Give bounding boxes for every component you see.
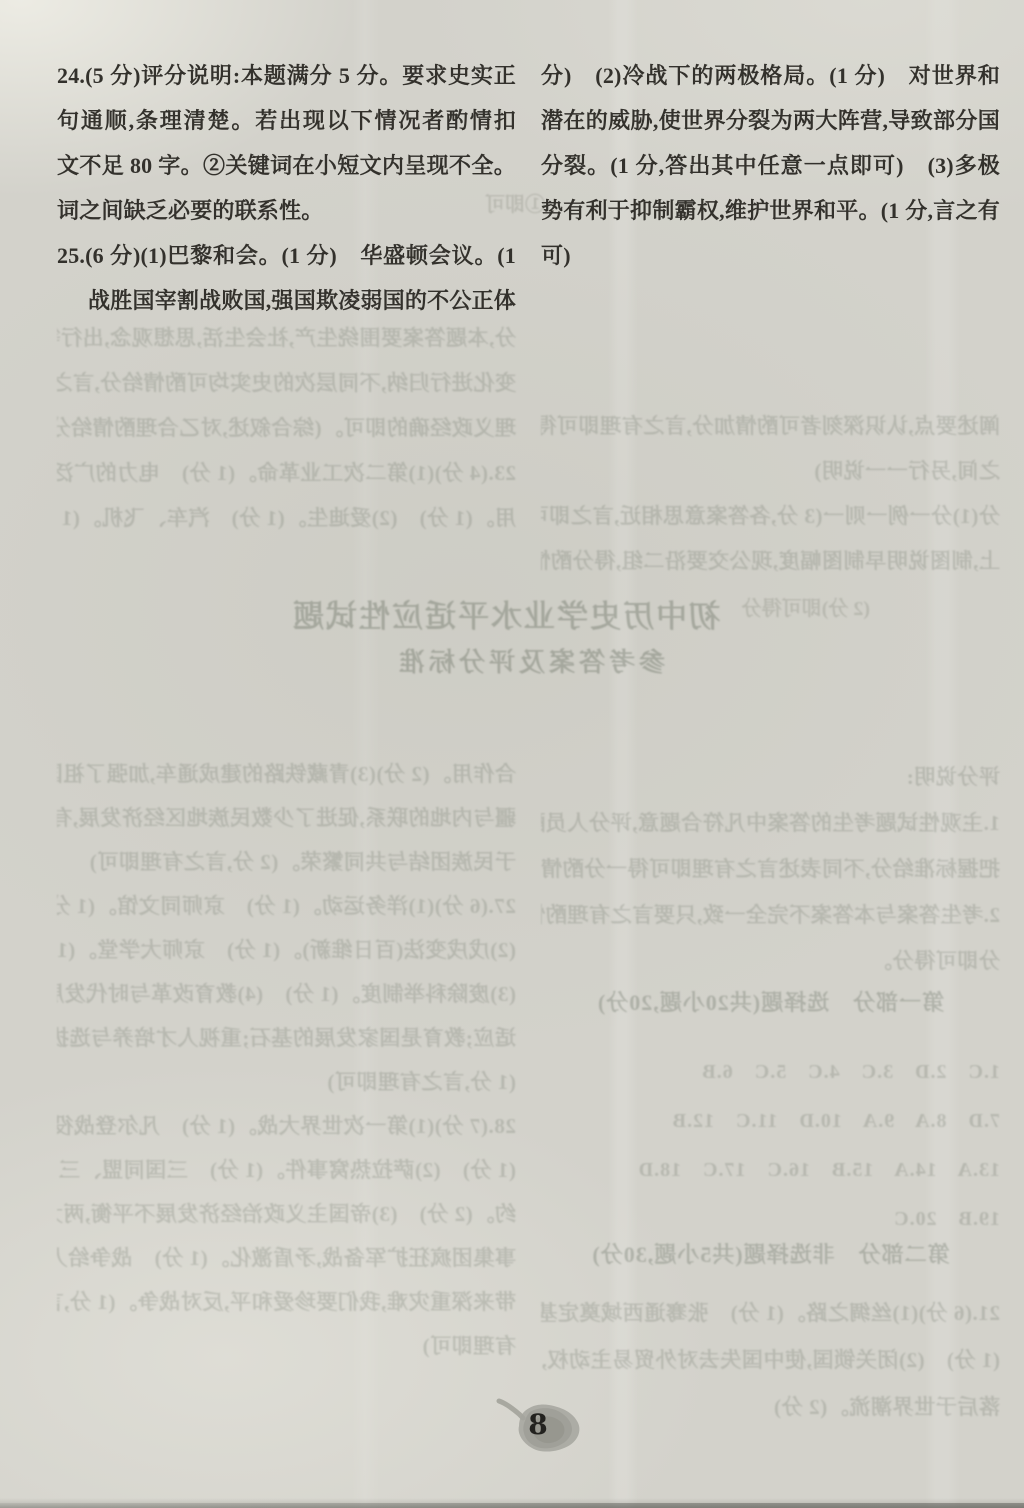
ghost-fragment: (2 分)即可得分 <box>700 592 870 621</box>
ghost-text-line: 19.B 20.C <box>541 1195 1000 1244</box>
page-number-badge: 8 <box>492 1396 588 1456</box>
ghost-title-line1: 初中历史学业水平适应性试题 <box>340 592 720 642</box>
ghost-section-heading-1: 第一部分 选择题(共20小题,20分) <box>541 988 1000 1018</box>
ghost-text-line: 28.(7 分)(1)第一次世界大战。(1 分) 凡尔登战役。 <box>57 1104 516 1148</box>
ghost-text-line: (3)废除科举制度。(1 分) (4)教育改革与时代发展相 <box>57 972 516 1016</box>
ghost-text-line: 变化进行归纳,不同层次的史实均可酌情给分,言之有 <box>57 361 516 406</box>
ghost-text-line: 之间,另行一一说明) <box>541 449 1000 494</box>
page-number: 8 <box>520 1403 556 1447</box>
ghost-text-line: 评分说明: <box>541 754 1000 800</box>
ghost-right-upper-block: 阐述要点,认识深刻者可酌情加分,言之有理即可得分。之间,另行一一说明)分(1)分… <box>541 404 1000 584</box>
ghost-page-title: 初中历史学业水平适应性试题 参考答案及评分标准 <box>340 592 720 684</box>
ghost-text-line: (1 分,言之有理即可) <box>57 1060 516 1104</box>
ghost-text-line: 约。(2 分) (3)帝国主义政治经济发展不平衡,两大军 <box>57 1192 516 1236</box>
ghost-text-line: 1.主观性试题考生的答案中凡符合题意,评分人员酌情 <box>541 800 1000 846</box>
answers-right-column: 分) (2)冷战下的两极格局。(1 分) 对世界和平是潜在的威胁,使世界分裂为两… <box>541 53 1000 278</box>
ghost-text-line: 分(1)分一例一则一(3 分,各答案意思相近,言之即可) <box>541 494 1000 539</box>
ghost-text-line: 1.C 2.D 3.C 4.C 5.C 6.B <box>541 1048 1000 1097</box>
ghost-text-line: 把握标准给分,不同表述言之有理即可得一分酌情判分。 <box>541 846 1000 892</box>
ghost-text-line: (1 分) (2)萨拉热窝事件。(1 分) 三国同盟、三国协 <box>57 1148 516 1192</box>
ghost-text-line: 用。(1 分) (2)爱迪生。(1 分) 汽车、飞机。(1 分) <box>57 496 516 541</box>
ghost-text-line: 于民族团结与共同繁荣。(2 分,言之有理即可) <box>57 840 516 884</box>
scan-bottom-shadow <box>0 1498 1024 1508</box>
ghost-text-line: (2)戊戌变法(百日维新)。(1 分) 京师大学堂。(1 分) <box>57 928 516 972</box>
ghost-text-line: 13.A 14.A 15.B 16.C 17.C 18.D <box>541 1146 1000 1195</box>
ghost-text-line: 适应;教育是国家发展的基石;重视人才培养与选拔。 <box>57 1016 516 1060</box>
ghost-text-line: 21.(6 分)(1)丝绸之路。(1 分) 张骞通西域奠定基础。 <box>541 1290 1000 1337</box>
ghost-text-line: 23.(4 分)(1)第二次工业革命。(1 分) 电力的广泛应 <box>57 451 516 496</box>
ghost-text-line: 2.考生答案与本答案不完全一致,只要言之有理酌情给 <box>541 892 1000 938</box>
answer-text-line: 分裂。(1 分,答出其中任意一点即可) (3)多极化趋 <box>541 143 1000 188</box>
ghost-text-line: 落后于世界潮流。(2 分) <box>541 1384 1000 1431</box>
answer-text-line: 潜在的威胁,使世界分裂为两大阵营,导致部分国家民族 <box>541 98 1000 143</box>
ghost-text-line: 疆与内地的联系,促进了少数民族地区经济发展,有利 <box>57 796 516 840</box>
ghost-text-line: 7.D 8.A 9.A 10.D 11.C 12.B <box>541 1097 1000 1146</box>
ghost-text-line: 分,本题答案要围绕生产,社会生活,思想观念,出行等 <box>57 316 516 361</box>
ghost-title-line2: 参考答案及评分标准 <box>340 642 720 684</box>
ghost-text-line: 理义政经确的即可。(综合叙述,对乙合理酌情给分) <box>57 406 516 451</box>
ghost-left-upper-block: 分,本题答案要围绕生产,社会生活,思想观念,出行等变化进行归纳,不同层次的史实均… <box>57 316 516 541</box>
ghost-choice-answer-rows: 1.C 2.D 3.C 4.C 5.C 6.B7.D 8.A 9.A 10.D … <box>541 1048 1000 1244</box>
ghost-section-heading-2: 第二部分 非选择题(共5小题,30分) <box>541 1240 1000 1270</box>
ghost-right-lower-block: 21.(6 分)(1)丝绸之路。(1 分) 张骞通西域奠定基础。(1 分) (2… <box>541 1290 1000 1431</box>
answer-text-line: 25.(6 分)(1)巴黎和会。(1 分) 华盛顿会议。(1 分) <box>57 233 516 278</box>
ghost-text-line: 分即可得分。 <box>541 938 1000 984</box>
answer-text-line: 势有利于抑制霸权,维护世界和平。(1 分,言之有理即 <box>541 188 1000 233</box>
ghost-text-line: 上,制图说明早制图幅度,现公交要沿二组,得分酌情 <box>541 539 1000 584</box>
answer-text-line: 句通顺,条理清楚。若出现以下情况者酌情扣分:①小短 <box>57 98 516 143</box>
ghost-text-line: 27.(6 分)(1)洋务运动。(1 分) 京师同文馆。(1 分) <box>57 884 516 928</box>
ghost-fragment: ①即可 <box>425 188 545 217</box>
ghost-text-line: 带来深重灾难,我们要珍爱和平,反对战争。(1 分,言之 <box>57 1280 516 1324</box>
answer-text-line: 24.(5 分)评分说明:本题满分 5 分。要求史实正确,语 <box>57 53 516 98</box>
ghost-text-line: 合作用。(2 分)(3)青藏铁路的建成通车,加强了祖国边 <box>57 752 516 796</box>
answer-text-line: 可) <box>541 233 1000 278</box>
ghost-text-line: (1 分) (2)闭关锁国,使中国失去对外贸易主动权,逐渐 <box>541 1337 1000 1384</box>
ghost-text-line: 有理即可) <box>57 1324 516 1368</box>
ghost-right-middle-block: 评分说明:1.主观性试题考生的答案中凡符合题意,评分人员酌情把握标准给分,不同表… <box>541 754 1000 984</box>
ghost-left-lower-block: 合作用。(2 分)(3)青藏铁路的建成通车,加强了祖国边疆与内地的联系,促进了少… <box>57 752 516 1368</box>
answer-text-line: 分) (2)冷战下的两极格局。(1 分) 对世界和平是 <box>541 53 1000 98</box>
scanned-answer-page: 24.(5 分)评分说明:本题满分 5 分。要求史实正确,语句通顺,条理清楚。若… <box>0 0 1024 1508</box>
ghost-text-line: 事集团疯狂扩军备战,矛盾激化。(1 分) 战争给人类 <box>57 1236 516 1280</box>
ghost-text-line: 阐述要点,认识深刻者可酌情加分,言之有理即可得分。 <box>541 404 1000 449</box>
answer-text-line: 文不足 80 字。②关键词在小短文内呈现不全。③关键 <box>57 143 516 188</box>
